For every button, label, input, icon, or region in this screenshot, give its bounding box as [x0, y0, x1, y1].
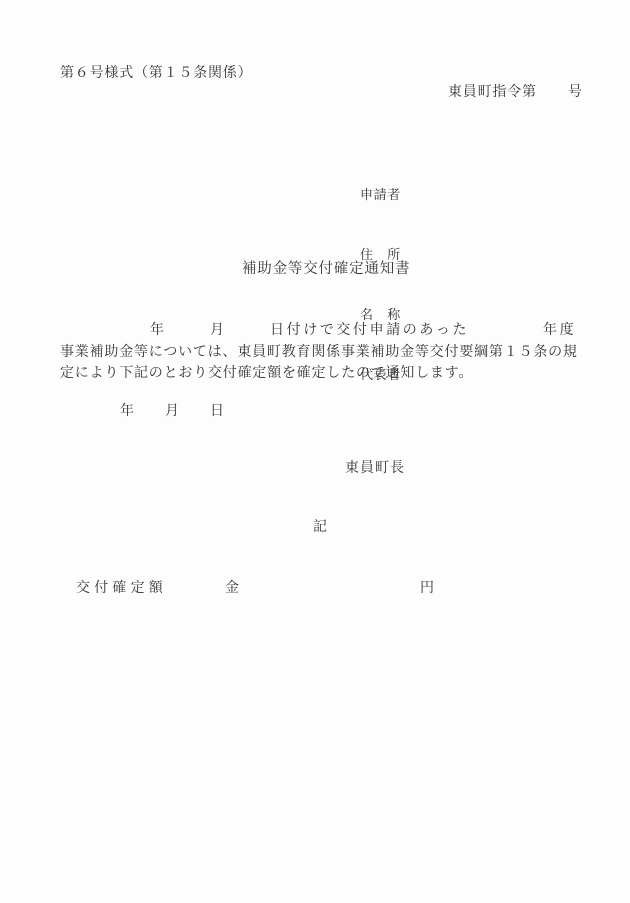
confirmed-amount-label: 交付確定額	[76, 581, 167, 596]
application-date-year-label: 年	[150, 323, 165, 338]
fiscal-year-label: 年度	[543, 323, 576, 338]
amount-currency-prefix: 金	[225, 581, 240, 596]
issue-date-day-label: 日	[210, 404, 225, 419]
applicant-name-label: 名 称	[360, 305, 401, 325]
body-line3-text: 定により下記のとおり交付確定額を確定したので通知します。	[60, 366, 473, 381]
amount-currency-suffix: 円	[420, 581, 435, 596]
body-line2-text: 事業補助金等については、東員町教育関係事業補助金等交付要綱第１５条の規	[60, 345, 578, 360]
document-title: 補助金等交付確定通知書	[242, 262, 410, 277]
applicant-block: 申請者 住 所 名 称 代表者	[360, 145, 401, 425]
directive-number-unit: 号	[568, 85, 583, 100]
issue-date-year-label: 年	[120, 404, 135, 419]
directive-number-label: 東員町指令第	[448, 85, 537, 100]
body-line1-text: 日付けで交付申請のあった	[270, 323, 469, 338]
document-page: 第６号様式（第１５条関係） 東員町指令第 号 申請者 住 所 名 称 代表者 補…	[0, 0, 630, 903]
application-date-month-label: 月	[210, 323, 225, 338]
record-marker: 記	[313, 520, 328, 535]
form-number: 第６号様式（第１５条関係）	[60, 66, 252, 81]
issue-date-month-label: 月	[165, 404, 180, 419]
applicant-label: 申請者	[360, 185, 401, 205]
mayor-signature-label: 東員町長	[345, 461, 405, 476]
